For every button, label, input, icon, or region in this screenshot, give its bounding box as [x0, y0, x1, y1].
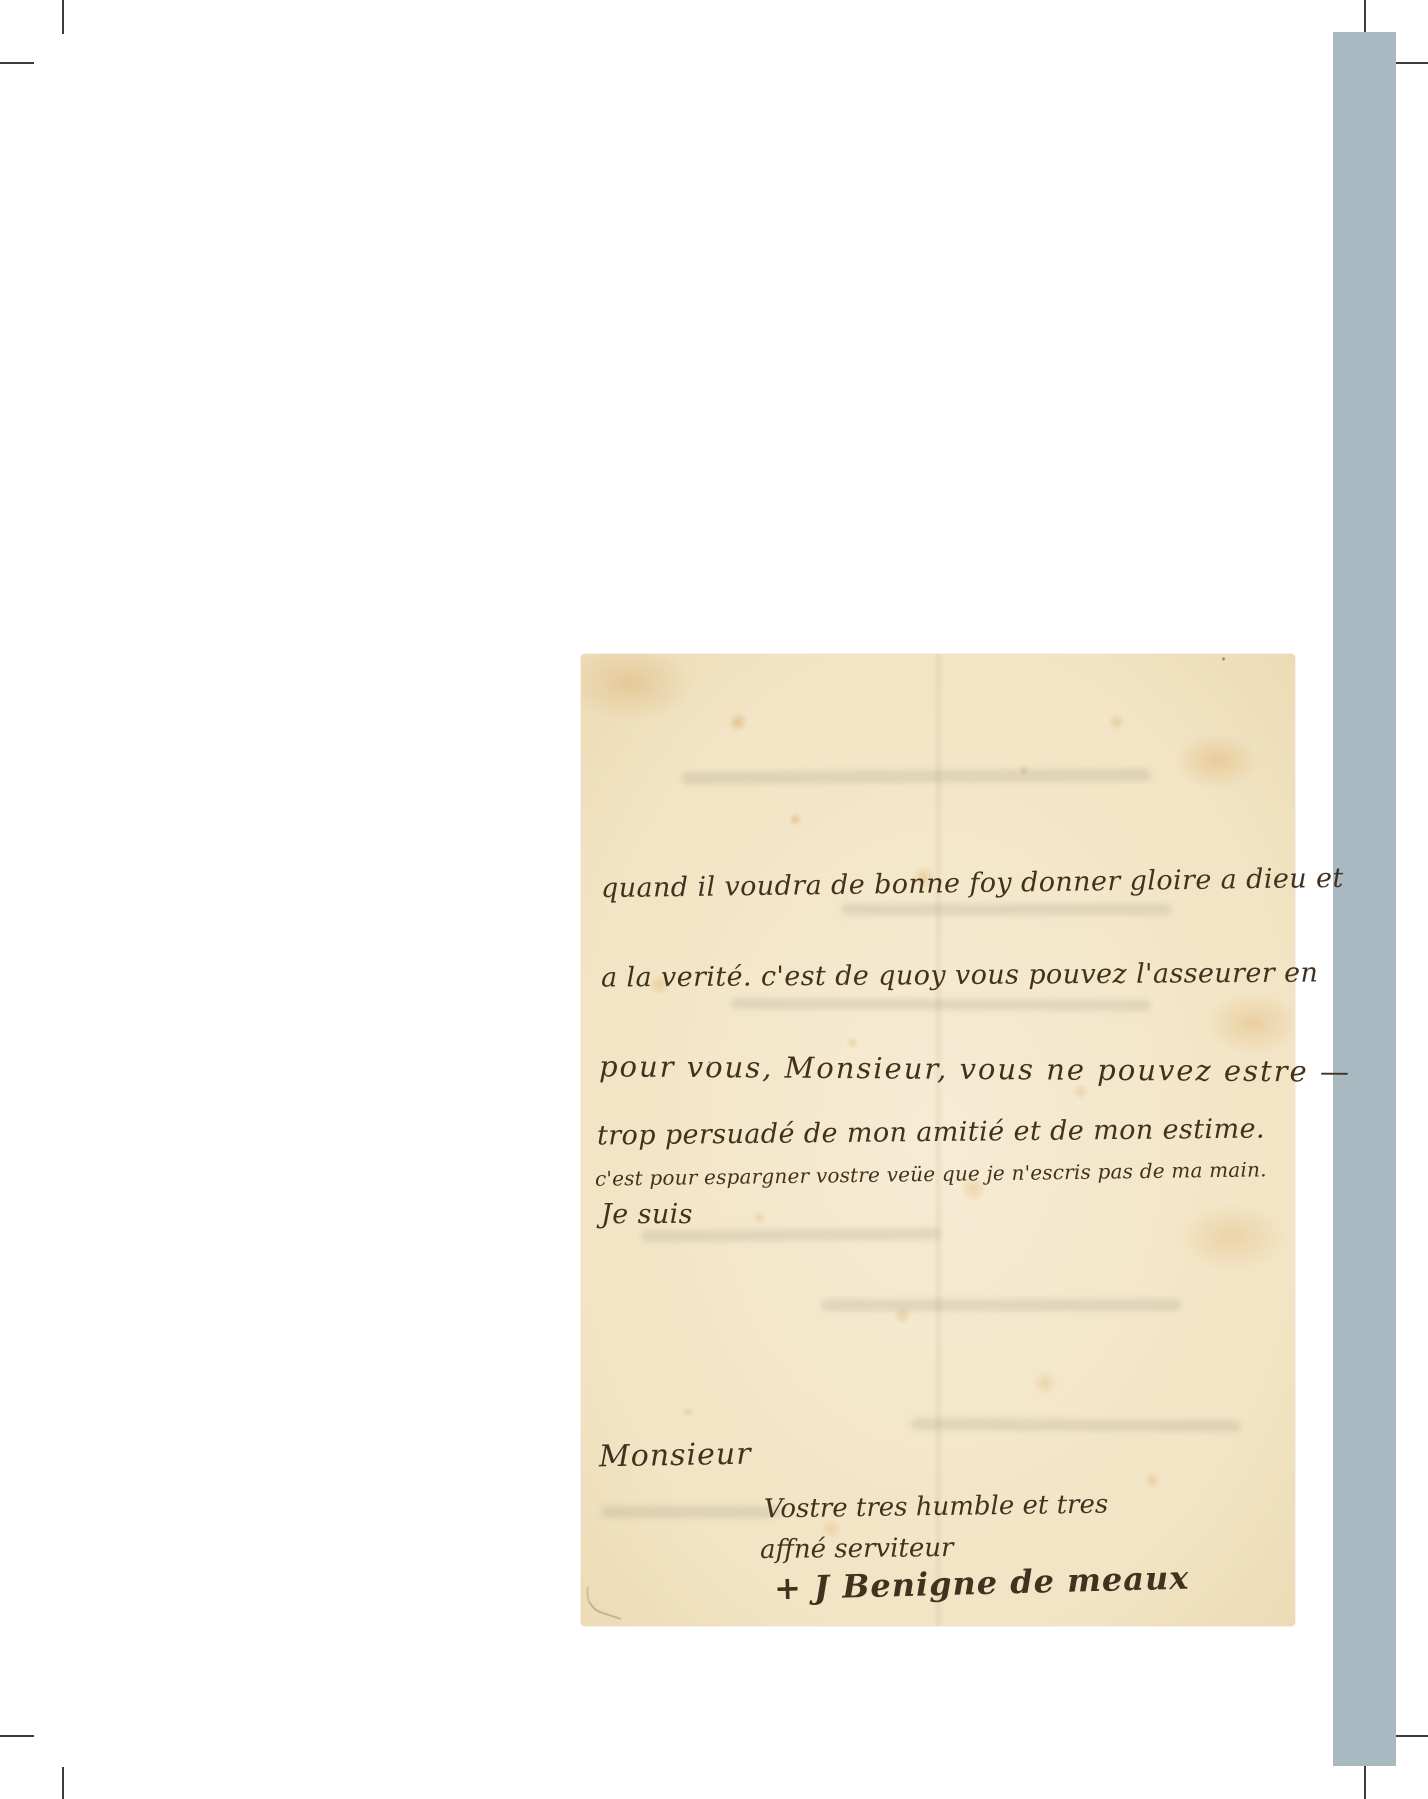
show-through-smudge [601, 1506, 781, 1518]
closing-line: Vostre tres humble et tres [764, 1490, 1109, 1525]
crop-mark-top-right-vertical [1364, 0, 1366, 33]
scan-page: quand il voudra de bonne foy donner gloi… [0, 0, 1428, 1799]
handwriting-line: a la verité. c'est de quoy vous pouvez l… [601, 957, 1318, 993]
handwriting-line: quand il voudra de bonne foy donner gloi… [601, 863, 1344, 904]
show-through-smudge [911, 1418, 1241, 1432]
salutation: Monsieur [599, 1437, 752, 1475]
letter-scan: quand il voudra de bonne foy donner gloi… [581, 654, 1295, 1626]
signature: + J Benigne de meaux [774, 1559, 1190, 1608]
pencil-mark [581, 1586, 628, 1620]
show-through-smudge [731, 998, 1151, 1011]
handwriting-line: pour vous, Monsieur, vous ne pouvez estr… [599, 1049, 1351, 1088]
handwriting-line: Je suis [601, 1199, 693, 1230]
handwriting-line: trop persuadé de mon amitié et de mon es… [597, 1114, 1265, 1152]
crop-mark-bottom-left-vertical [62, 1767, 64, 1799]
crop-mark-bottom-left-horizontal [0, 1735, 34, 1737]
show-through-smudge [821, 1299, 1181, 1311]
accent-bar [1333, 32, 1396, 1766]
closing-line: affné serviteur [760, 1533, 954, 1565]
show-through-smudge [681, 768, 1151, 784]
crop-mark-bottom-right-horizontal [1396, 1735, 1428, 1737]
handwriting-line: c'est pour espargner vostre veüe que je … [595, 1157, 1267, 1190]
crop-mark-bottom-right-vertical [1364, 1766, 1366, 1799]
show-through-smudge [841, 904, 1171, 915]
crop-mark-top-right-horizontal [1396, 62, 1428, 64]
crop-mark-top-left-horizontal [0, 62, 34, 64]
crop-mark-top-left-vertical [62, 0, 64, 34]
